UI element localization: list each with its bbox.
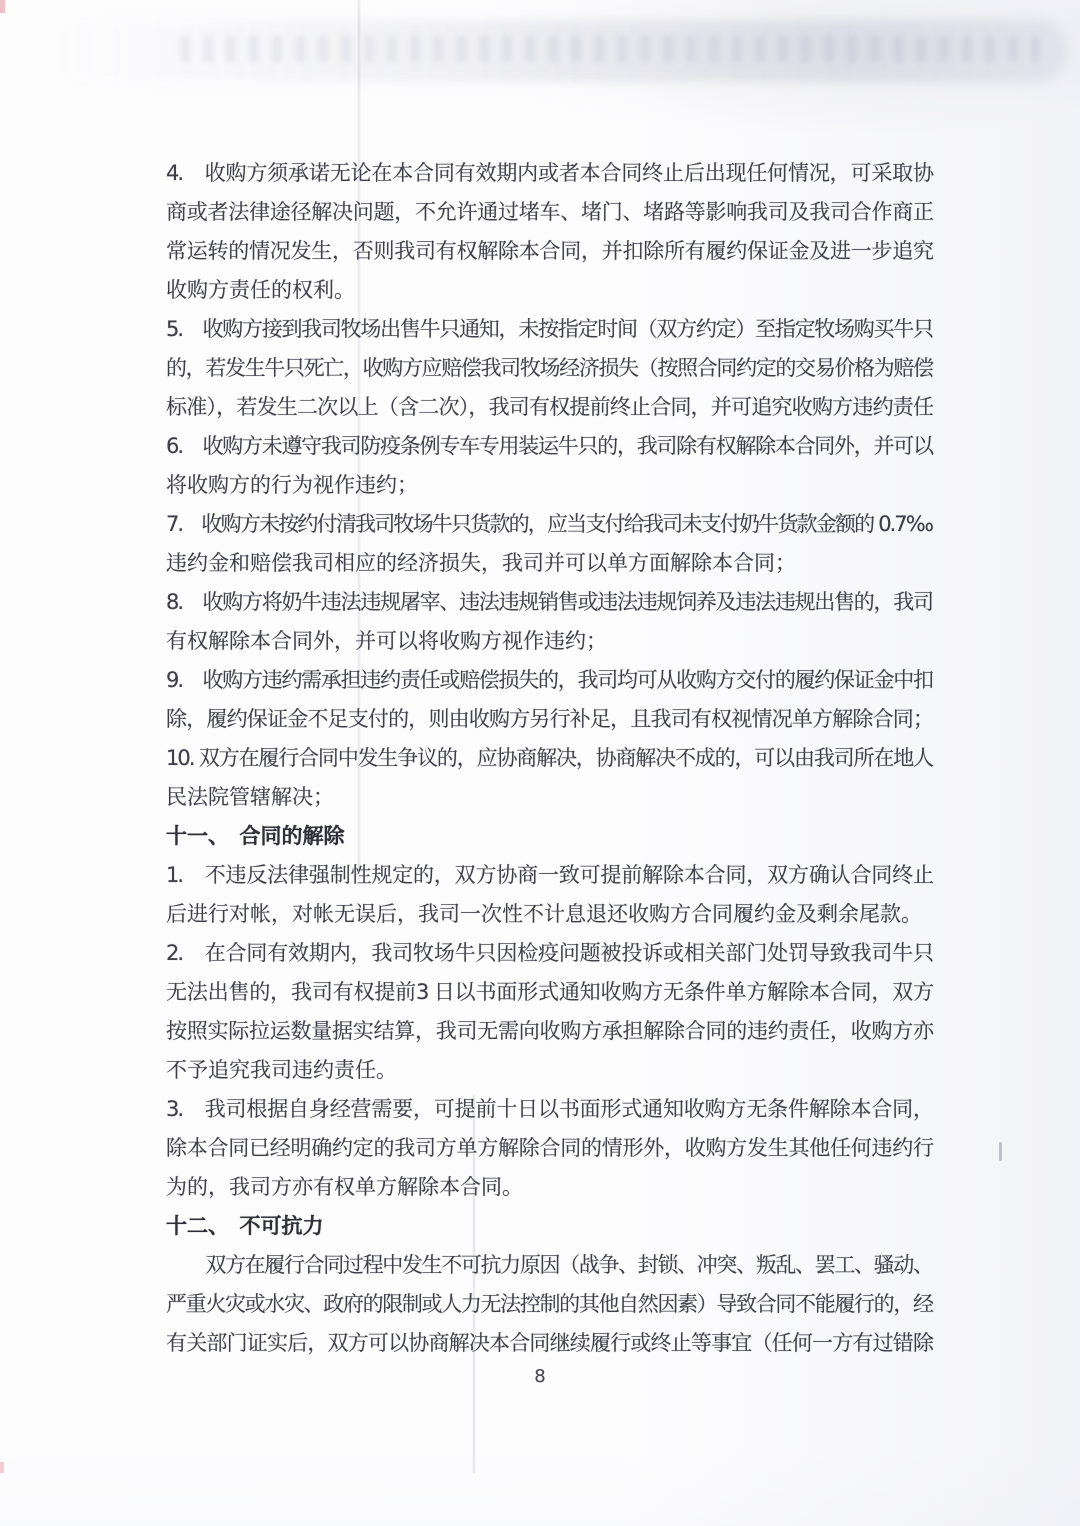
bleed-through-texture <box>180 36 1040 62</box>
contract-paragraph: 3. 我司根据自身经营需要，可提前十日以书面形式通知收购方无条件解除本合同，除本… <box>166 1090 932 1207</box>
text-line: 违约金和赔偿我司相应的经济损失，我司并可以单方面解除本合同； <box>166 544 932 583</box>
text-line: 除本合同已经明确约定的我司方单方解除合同的情形外，收购方发生其他任何违约行 <box>166 1129 932 1168</box>
text-line: 不予追究我司违约责任。 <box>166 1051 932 1090</box>
text-line: 十二、 不可抗力 <box>166 1207 932 1246</box>
text-line: 8. 收购方将奶牛违法违规屠宰、违法违规销售或违法违规饲养及违法违规出售的，我司 <box>166 583 932 622</box>
scan-edge-artifact-top-left <box>0 0 5 13</box>
contract-body: 4. 收购方须承诺无论在本合同有效期内或者本合同终止后出现任何情况，可采取协商或… <box>166 154 932 1363</box>
text-line: 为的，我司方亦有权单方解除本合同。 <box>166 1168 932 1207</box>
scan-edge-artifact-bottom-left <box>0 1462 4 1473</box>
text-line: 除，履约保证金不足支付的，则由收购方另行补足，且我司有权视情况单方解除合同； <box>166 700 932 739</box>
contract-paragraph: 5. 收购方接到我司牧场出售牛只通知，未按指定时间（双方约定）至指定牧场购买牛只… <box>166 310 932 427</box>
text-line: 双方在履行合同过程中发生不可抗力原因（战争、封锁、冲突、叛乱、罢工、骚动、 <box>166 1246 932 1285</box>
contract-paragraph: 4. 收购方须承诺无论在本合同有效期内或者本合同终止后出现任何情况，可采取协商或… <box>166 154 932 310</box>
text-line: 10. 双方在履行合同中发生争议的，应协商解决，协商解决不成的，可以由我司所在地… <box>166 739 932 778</box>
contract-paragraph: 1. 不违反法律强制性规定的，双方协商一致可提前解除本合同，双方确认合同终止后进… <box>166 856 932 934</box>
text-line: 1. 不违反法律强制性规定的，双方协商一致可提前解除本合同，双方确认合同终止 <box>166 856 932 895</box>
text-line: 十一、 合同的解除 <box>166 817 932 856</box>
text-line: 无法出售的，我司有权提前3 日以书面形式通知收购方无条件单方解除本合同，双方 <box>166 973 932 1012</box>
text-line: 将收购方的行为视作违约； <box>166 466 932 505</box>
text-line: 3. 我司根据自身经营需要，可提前十日以书面形式通知收购方无条件解除本合同， <box>166 1090 932 1129</box>
text-line: 后进行对帐，对帐无误后，我司一次性不计息退还收购方合同履约金及剩余尾款。 <box>166 895 932 934</box>
text-line: 标准），若发生二次以上（含二次），我司有权提前终止合同，并可追究收购方违约责任 <box>166 388 932 427</box>
contract-paragraph: 10. 双方在履行合同中发生争议的，应协商解决，协商解决不成的，可以由我司所在地… <box>166 739 932 817</box>
text-line: 7. 收购方未按约付清我司牧场牛只货款的，应当支付给我司未支付奶牛货款金额的 0… <box>166 505 932 544</box>
text-line: 5. 收购方接到我司牧场出售牛只通知，未按指定时间（双方约定）至指定牧场购买牛只 <box>166 310 932 349</box>
contract-paragraph: 9. 收购方违约需承担违约责任或赔偿损失的，我司均可从收购方交付的履约保证金中扣… <box>166 661 932 739</box>
contract-paragraph: 7. 收购方未按约付清我司牧场牛只货款的，应当支付给我司未支付奶牛货款金额的 0… <box>166 505 932 583</box>
text-line: 常运转的情况发生，否则我司有权解除本合同，并扣除所有履约保证金及进一步追究 <box>166 232 932 271</box>
text-line: 收购方责任的权利。 <box>166 271 932 310</box>
text-line: 6. 收购方未遵守我司防疫条例专车专用装运牛只的，我司除有权解除本合同外，并可以 <box>166 427 932 466</box>
contract-paragraph: 2. 在合同有效期内，我司牧场牛只因检疫问题被投诉或相关部门处罚导致我司牛只无法… <box>166 934 932 1090</box>
text-line: 严重火灾或水灾、政府的限制或人力无法控制的其他自然因素）导致合同不能履行的，经 <box>166 1285 932 1324</box>
text-line: 商或者法律途径解决问题，不允许通过堵车、堵门、堵路等影响我司及我司合作商正 <box>166 193 932 232</box>
contract-paragraph: 6. 收购方未遵守我司防疫条例专车专用装运牛只的，我司除有权解除本合同外，并可以… <box>166 427 932 505</box>
scanned-contract-page: 4. 收购方须承诺无论在本合同有效期内或者本合同终止后出现任何情况，可采取协商或… <box>0 0 1080 1526</box>
text-line: 4. 收购方须承诺无论在本合同有效期内或者本合同终止后出现任何情况，可采取协 <box>166 154 932 193</box>
text-line: 民法院管辖解决； <box>166 778 932 817</box>
text-line: 有关部门证实后，双方可以协商解决本合同继续履行或终止等事宜（任何一方有过错除 <box>166 1324 932 1363</box>
section-heading: 十二、 不可抗力 <box>166 1207 932 1246</box>
text-line: 有权解除本合同外，并可以将收购方视作违约； <box>166 622 932 661</box>
text-line: 2. 在合同有效期内，我司牧场牛只因检疫问题被投诉或相关部门处罚导致我司牛只 <box>166 934 932 973</box>
section-heading: 十一、 合同的解除 <box>166 817 932 856</box>
contract-paragraph: 8. 收购方将奶牛违法违规屠宰、违法违规销售或违法违规饲养及违法违规出售的，我司… <box>166 583 932 661</box>
scan-artifact-right-edge <box>999 1142 1002 1161</box>
text-line: 按照实际拉运数量据实结算，我司无需向收购方承担解除合同的违约责任，收购方亦 <box>166 1012 932 1051</box>
text-line: 的，若发生牛只死亡，收购方应赔偿我司牧场经济损失（按照合同约定的交易价格为赔偿 <box>166 349 932 388</box>
text-line: 9. 收购方违约需承担违约责任或赔偿损失的，我司均可从收购方交付的履约保证金中扣 <box>166 661 932 700</box>
contract-paragraph: 双方在履行合同过程中发生不可抗力原因（战争、封锁、冲突、叛乱、罢工、骚动、严重火… <box>166 1246 932 1363</box>
page-number: 8 <box>0 1366 1080 1387</box>
